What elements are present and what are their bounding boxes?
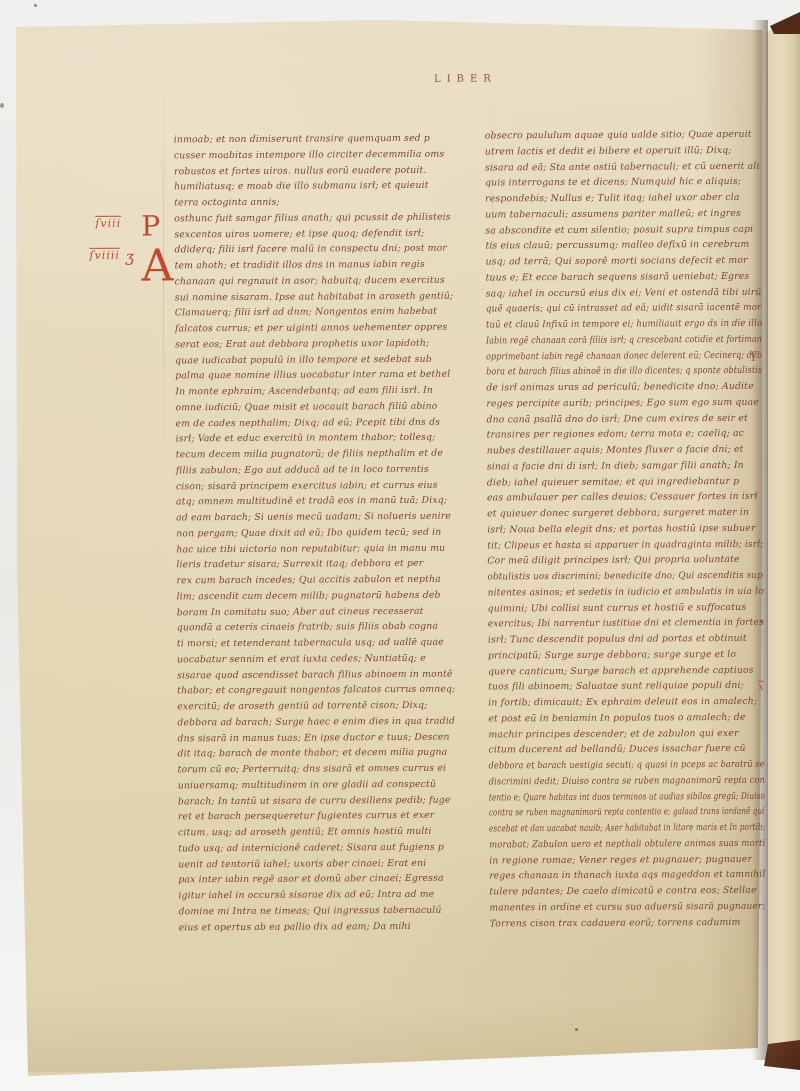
text-line: machir principes descender; et de zabulo… xyxy=(488,725,764,742)
text-line: filiis zabulon; Ego aut adducā ad te in … xyxy=(176,461,464,479)
text-line: humiliatusq; e moab die illo submanu isr… xyxy=(174,178,462,196)
chapter-number-viiii: ſviiii xyxy=(89,249,119,262)
running-title: LIBER xyxy=(405,73,525,85)
text-line: quimini; Ubi collisi sunt currus et host… xyxy=(488,599,764,616)
text-line: robustos et fortes uiros. nullus eorū eu… xyxy=(174,162,462,180)
text-line: quae iudicabat populū in illo tempore et… xyxy=(175,351,463,369)
text-line: rex cum barach incedes; Qui accitis zabu… xyxy=(176,572,464,590)
text-line: saq; iahel in occursū eius dix ei; Veni … xyxy=(486,284,761,301)
text-line: lieris tradetur sisara; Surrexit itaq; d… xyxy=(176,556,464,574)
text-line: quondā a ceteris cinaeis fratrib; suis f… xyxy=(177,619,465,637)
text-line: tuos fili abinoem; Saluatae sunt reliqui… xyxy=(488,678,764,695)
text-line: sisarae quod ascendisset barach filius a… xyxy=(177,666,465,684)
text-line: et post eū in beniamin In populos tuos o… xyxy=(488,710,764,727)
text-line: tudo usq; ad internicionē caderet; Sisar… xyxy=(178,839,466,857)
text-line: ddiderq; filii isrł facere malū in consp… xyxy=(174,241,462,259)
text-line: quē quaeris; qui cū intrasset ad eā; uid… xyxy=(486,300,748,317)
paragraph-mark: ʒ xyxy=(125,248,134,266)
text-line: palma quae nomine illius uocabatur inter… xyxy=(175,367,463,385)
text-line: ret et barach persequeretur fugientes cu… xyxy=(178,808,466,826)
text-line: manentes in ordine et cursu suo aduersū … xyxy=(489,899,757,916)
margin-correction-mark: x xyxy=(758,682,764,693)
text-line: sinai a facie dni di isrł; In dieb; samg… xyxy=(487,458,763,475)
text-line: morabat; Zabulon uero et nepthali obtule… xyxy=(489,836,740,853)
text-line: omne iudiciū; Quae misit et uocauit bara… xyxy=(175,398,463,416)
text-line: igitur iahel in occursū sisarae dix ad e… xyxy=(178,887,466,905)
text-line: Torrens cison trax cadauera eorū; torren… xyxy=(490,914,766,931)
text-line: nitentes asinos; et sedetis in iudicio e… xyxy=(488,584,760,601)
text-line: debbora ad barach; Surge haec e enim die… xyxy=(177,713,465,731)
text-line: eius et opertus ab ea pallio dix ad eam;… xyxy=(179,918,467,936)
text-line: quere canticum; Surge barach et apprehen… xyxy=(488,662,764,679)
text-line: serat eos; Erat aut debbora prophetis ux… xyxy=(175,335,463,353)
text-line: et quieuer donec surgeret debbora; surge… xyxy=(487,505,763,522)
text-line: in regione romae; Vener reges et pugnaue… xyxy=(489,851,765,868)
text-line: quis interrogans te et dicens; Numquid h… xyxy=(485,174,761,191)
text-line: hac uice tibi uictoria non reputabitur; … xyxy=(176,540,464,558)
text-line: torum cū eo; Perterruitq; dns sisarā et … xyxy=(178,761,466,779)
text-line: obtulistis uos discrimini; benedicite dn… xyxy=(487,568,749,585)
text-line: reges percipite aurib; principes; Ego su… xyxy=(486,395,762,412)
text-line: debbora et barach uestigia secuti; q qua… xyxy=(489,757,730,774)
text-line: tuū et clauū Infixū in tempore ei; humil… xyxy=(486,316,739,333)
text-line: respondebis; Nullus e; Tulit itaq; iahel… xyxy=(485,190,761,207)
text-line: dno canā psallā dno do isrł; Dne cum exi… xyxy=(486,410,762,427)
text-line: tis eius clauū; percussumq; malleo defix… xyxy=(485,237,761,254)
text-line: sui nomine sisaram. Ipse aut habitabat i… xyxy=(175,288,463,306)
text-line: tem ahoth; et tradidit illos dns in manu… xyxy=(175,257,463,275)
text-line: atq; omnem multitudinē et tradā eos in m… xyxy=(176,493,464,511)
text-line: discrimini dedit; Diuiso contra se ruben… xyxy=(489,773,732,790)
text-line: obsecro paululum aquae quia ualde sitio;… xyxy=(485,127,761,144)
text-line: thabor; et congregauit nongentos falcato… xyxy=(177,682,465,700)
text-line: uocabatur sennim et erat iuxta cedes; Nu… xyxy=(177,650,465,668)
text-line: ad eam barach; Si uenis mecū uadam; Si n… xyxy=(176,509,464,527)
rubricated-initial-a: A xyxy=(141,244,173,288)
text-line: tuus e; Et ecce barach sequens sisarā ue… xyxy=(486,269,762,286)
text-line: domine mi Intra ne timeas; Qui ingressus… xyxy=(178,902,466,920)
text-line: tit; Clipeus et hasta si apparuer in qua… xyxy=(487,536,757,553)
text-line: in fortib; dimicauit; Ex ephraim deleuit… xyxy=(488,694,764,711)
text-column-right: obsecro paululum aquae quia ualde sitio;… xyxy=(485,127,766,932)
text-line: transires per regiones edom; terra mota … xyxy=(487,426,763,443)
text-line: uum tabernaculi; assumens pariter malleū… xyxy=(485,206,761,223)
text-line: sisara ad eā; Sta ante ostiū tabernaculi… xyxy=(485,158,761,175)
text-line: dit itaq; barach de monte thabor; et dec… xyxy=(178,745,466,763)
text-line: cison; sisarā principem exercitus iabin;… xyxy=(176,477,464,495)
chapter-number-viii: ſviii xyxy=(95,217,121,230)
text-line: utrem lactis et dedit ei bibere et operu… xyxy=(485,143,761,160)
text-line: tecum decem milia pugnatorū; de filiis n… xyxy=(176,446,464,464)
text-line: principatū; Surge surge debbora; surge s… xyxy=(488,647,764,664)
text-line: uenit ad tentoriū iahel; uxoris aber cin… xyxy=(178,855,466,873)
text-line: osthunc fuit samgar filius anath; qui pc… xyxy=(174,209,462,227)
text-line: dns sisarā in manus tuas; En ipse ductor… xyxy=(177,729,465,747)
text-line: tentio e; Quare habitas int duos termino… xyxy=(489,789,706,806)
text-line: pax inter iabin regē asor et domū aber c… xyxy=(178,871,466,889)
text-line: sa abscondite et cum silentio; posuit su… xyxy=(485,221,761,238)
text-line: bora et barach filius abinoē in die illo… xyxy=(486,363,722,380)
text-line: dieb; iahel quieuer semitae; et qui ingr… xyxy=(487,473,763,490)
rubricated-initial-p: P xyxy=(141,212,160,240)
text-line: isrł; Noua bella elegit dns; et portas h… xyxy=(487,521,763,538)
text-line: Iabin regē chanaan corā filiis isrł; q c… xyxy=(486,332,721,349)
text-line: usq; ad terrā; Qui soporē morti socians … xyxy=(486,253,762,270)
text-line: isrł; Vade et educ exercitū in montem th… xyxy=(176,430,464,448)
text-line: exercitū; de aroseth gentiū ad torrentē … xyxy=(177,698,465,716)
written-area: LIBER ſviii ſviiii ʒ P A inmoab; et non … xyxy=(0,0,800,1091)
text-line: In monte ephraim; Ascendebantq; ad eam f… xyxy=(175,383,463,401)
text-column-left: inmoab; et non dimiserunt transire quemq… xyxy=(174,131,467,936)
text-line: cusser moabitas intempore illo circiter … xyxy=(174,146,462,164)
text-line: nubes destillauer aquis; Montes fluxer a… xyxy=(487,442,763,459)
text-line: em de cades nepthalim; Dixq; ad eū; Pcep… xyxy=(175,414,463,432)
text-line: Cor meū diligit principes isrł; Qui prop… xyxy=(487,552,763,569)
text-line: reges chanaan in thanach iuxta aqs maged… xyxy=(489,867,759,884)
text-line: citum ducerent ad bellandū; Duces issach… xyxy=(488,741,764,758)
text-line: citum. usq; ad aroseth gentiū; Et omnis … xyxy=(178,824,466,842)
text-line: isrł; Tunc descendit populus dni ad port… xyxy=(488,631,764,648)
text-line: non pergam; Quae dixit ad eū; Ibo quidem… xyxy=(176,524,464,542)
photo-backdrop: LIBER ſviii ſviiii ʒ P A inmoab; et non … xyxy=(0,0,800,1091)
text-line: chanaan qui regnauit in asor; habuitq; d… xyxy=(175,272,463,290)
text-line: boram In comitatu suo; Aber aut cineus r… xyxy=(177,603,465,621)
text-line: Clamauerq; filii isrł ad dnm; Nongentos … xyxy=(175,304,463,322)
text-line: uniuersamq; multitudinem in ore gladii a… xyxy=(178,776,466,794)
text-line: terra octoginta annis; xyxy=(174,194,462,212)
text-line: exercitus; Ibi narrentur iustitiae dni e… xyxy=(488,615,757,632)
text-line: lim; ascendit cum decem milib; pugnatorū… xyxy=(177,587,465,605)
text-line: tulere pdantes; De caelo dimicatū e cont… xyxy=(489,883,765,900)
text-line: inmoab; et non dimiserunt transire quemq… xyxy=(174,131,462,149)
text-line: escebat et dan uacabat nauib; Aser habit… xyxy=(489,820,704,837)
text-line: barach; In tantū ut sisara de curru desi… xyxy=(178,792,466,810)
text-line: sexcentos uiros uomere; et ipse quoq; de… xyxy=(174,225,462,243)
text-line: falcatos currus; et per uiginti annos ue… xyxy=(175,320,463,338)
text-line: ti morsi; et tetenderant tabernacula usq… xyxy=(177,635,465,653)
margin-quire-mark: ʕ xyxy=(750,350,757,365)
text-line: eas ambulauer per calles deuios; Cessaue… xyxy=(487,489,763,506)
text-line: de isrł animas uras ad periculū; benedic… xyxy=(486,379,762,396)
text-line: opprimebant iabin regē chanaan donec del… xyxy=(486,348,721,365)
text-line: contra se ruben magnanimorū repta conten… xyxy=(489,804,701,821)
